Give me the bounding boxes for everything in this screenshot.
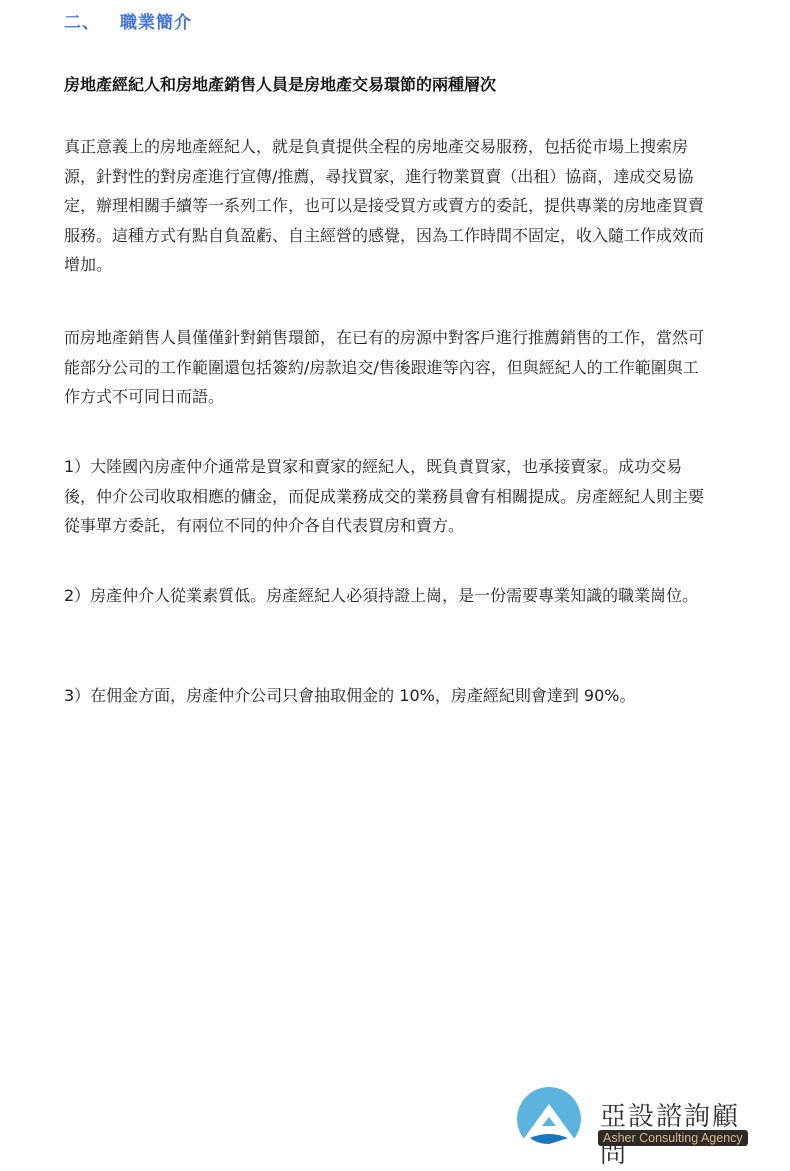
paragraph-sales-staff: 而房地產銷售人員僅僅針對銷售環節，在已有的房源中對客戶進行推薦銷售的工作，當然可…: [64, 323, 704, 412]
section-number: 二、: [64, 8, 120, 33]
mountain-logo-icon: [516, 1086, 582, 1152]
paragraph-broker-definition: 真正意義上的房地產經紀人，就是負責提供全程的房地產交易服務，包括從市場上搜索房源…: [64, 132, 704, 280]
paragraph-point-2: 2）房產仲介人從業素質低。房產經紀人必須持證上崗，是一份需要專業知識的職業崗位。: [64, 581, 704, 611]
company-logo: 亞設諮詢顧問 Asher Consulting Agency: [516, 1086, 766, 1156]
section-heading: 二、職業簡介: [64, 8, 192, 33]
paragraph-point-3: 3）在佣金方面，房產仲介公司只會抽取佣金的 10%，房產經紀則會達到 90%。: [64, 681, 704, 711]
section-title: 職業簡介: [120, 13, 192, 33]
paragraph-point-1: 1）大陸國內房產仲介通常是買家和賣家的經紀人，既負責買家，也承接賣家。成功交易後…: [64, 452, 704, 541]
subtitle: 房地產經紀人和房地產銷售人員是房地產交易環節的兩種層次: [64, 72, 496, 95]
logo-name-english: Asher Consulting Agency: [598, 1130, 748, 1146]
